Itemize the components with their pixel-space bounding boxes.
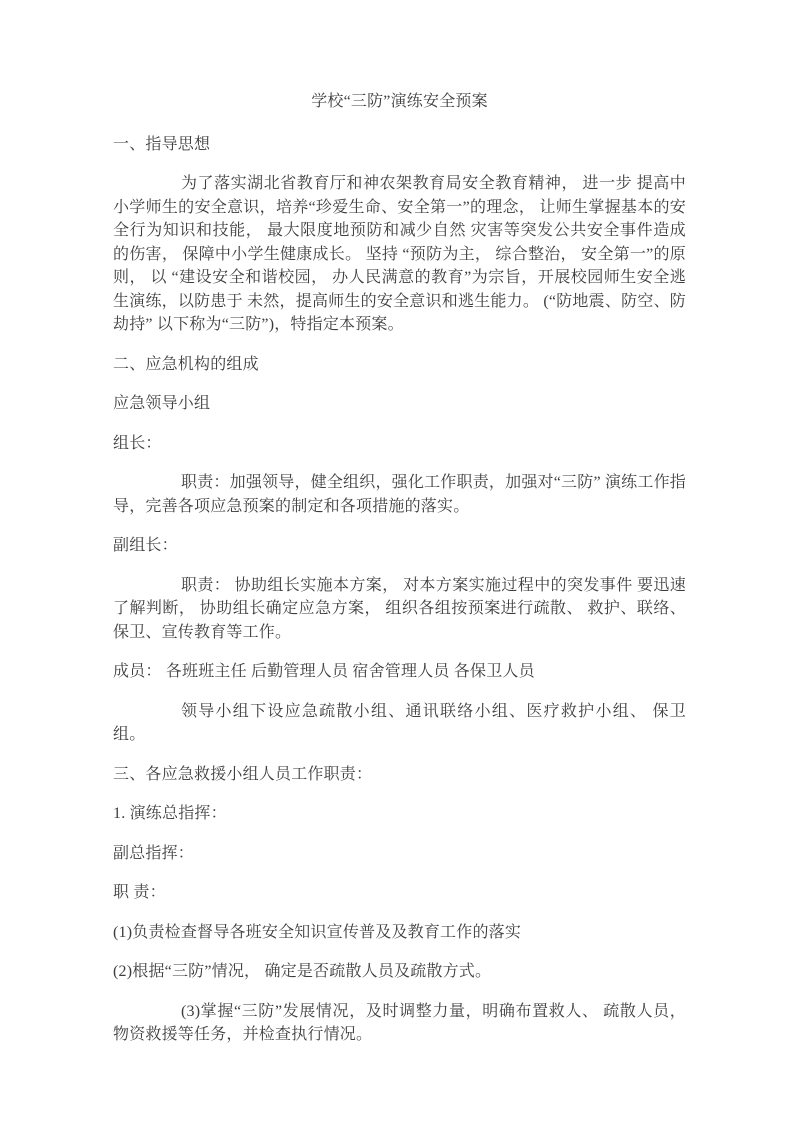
paragraph-duty-1: (1)负责检查督导各班安全知识宣传普及及教育工作的落实 [113, 921, 686, 945]
document-page: 学校“三防”演练安全预案 一、指导思想 为了落实湖北省教育厅和神农架教育局安全教… [0, 0, 793, 1122]
paragraph-duties-label: 职 责： [113, 881, 686, 905]
section-heading-guiding-ideology: 一、指导思想 [113, 133, 686, 157]
section-heading-rescue-group-duties: 三、各应急救援小组人员工作职责： [113, 763, 686, 787]
paragraph-deputy-leader: 副组长： [113, 534, 686, 558]
paragraph-chief-commander: 1. 演练总指挥： [113, 802, 686, 826]
paragraph-members: 成员： 各班班主任 后勤管理人员 宿舍管理人员 各保卫人员 [113, 660, 686, 684]
paragraph-deputy-commander: 副总指挥： [113, 842, 686, 866]
paragraph-subgroups: 领导小组下设应急疏散小组、通讯联络小组、医疗救护小组、 保卫组。 [113, 700, 686, 747]
paragraph-duty-2: (2)根据“三防”情况， 确定是否疏散人员及疏散方式。 [113, 960, 686, 984]
paragraph-deputy-leader-duties: 职责： 协助组长实施本方案， 对本方案实施过程中的突发事件 要迅速了解判断， 协… [113, 574, 686, 645]
paragraph-group-leader: 组长： [113, 432, 686, 456]
paragraph-guiding-ideology: 为了落实湖北省教育厅和神农架教育局安全教育精神， 进一步 提高中小学师生的安全意… [113, 172, 686, 337]
paragraph-duty-3: (3)掌握“三防”发展情况，及时调整力量，明确布置救人、 疏散人员，物资救援等任… [113, 1000, 686, 1047]
paragraph-group-leader-duties: 职责：加强领导，健全组织，强化工作职责，加强对“三防” 演练工作指导，完善各项应… [113, 471, 686, 518]
paragraph-leading-group: 应急领导小组 [113, 392, 686, 416]
doc-title: 学校“三防”演练安全预案 [113, 90, 686, 114]
document-content: 学校“三防”演练安全预案 一、指导思想 为了落实湖北省教育厅和神农架教育局安全教… [113, 90, 686, 1063]
section-heading-emergency-organization: 二、应急机构的组成 [113, 353, 686, 377]
